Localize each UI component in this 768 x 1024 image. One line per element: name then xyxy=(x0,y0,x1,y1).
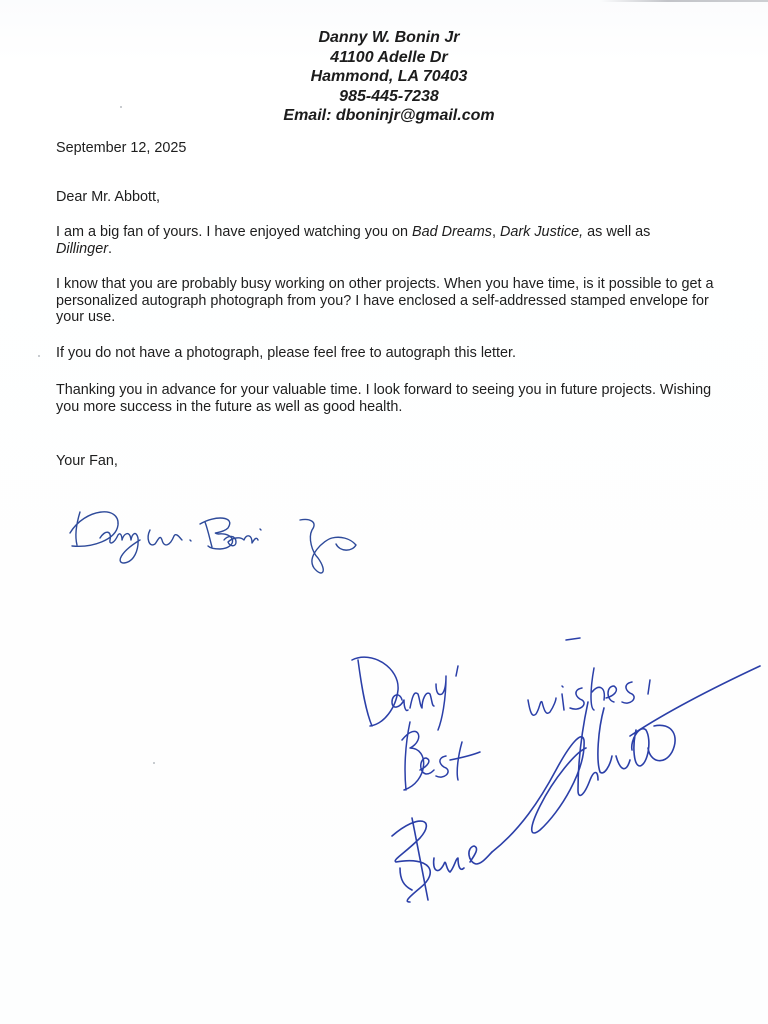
letter-date: September 12, 2025 xyxy=(56,140,716,157)
paragraph-request: I know that you are probably busy workin… xyxy=(56,276,716,326)
p1-text-2: as well as xyxy=(583,224,650,240)
sender-name: Danny W. Bonin Jr xyxy=(10,28,768,48)
sender-street: 41100 Adelle Dr xyxy=(10,48,768,68)
paragraph-thanks: Thanking you in advance for your valuabl… xyxy=(56,382,716,415)
paragraph-fan-intro: I am a big fan of yours. I have enjoyed … xyxy=(56,224,716,257)
scan-speck xyxy=(120,106,122,108)
film-title-dark-justice: Dark Justice, xyxy=(500,224,583,240)
letter-page: Danny W. Bonin Jr 41100 Adelle Dr Hammon… xyxy=(0,0,768,1024)
letterhead: Danny W. Bonin Jr 41100 Adelle Dr Hammon… xyxy=(0,28,768,126)
p1-text: I am a big fan of yours. I have enjoyed … xyxy=(56,224,412,240)
p1-separator: , xyxy=(492,224,500,240)
sender-phone: 985-445-7238 xyxy=(10,87,768,107)
scan-speck xyxy=(153,762,155,764)
p1-end: . xyxy=(108,241,112,257)
scan-edge-shadow xyxy=(600,0,768,2)
sender-city: Hammond, LA 70403 xyxy=(10,67,768,87)
salutation: Dear Mr. Abbott, xyxy=(56,189,716,206)
closing: Your Fan, xyxy=(56,453,716,470)
sender-email: Email: dboninjr@gmail.com xyxy=(10,106,768,126)
paragraph-alternative: If you do not have a photograph, please … xyxy=(56,345,716,362)
film-title-bad-dreams: Bad Dreams xyxy=(412,224,492,240)
scan-speck xyxy=(38,355,40,357)
film-title-dillinger: Dillinger xyxy=(56,241,108,257)
